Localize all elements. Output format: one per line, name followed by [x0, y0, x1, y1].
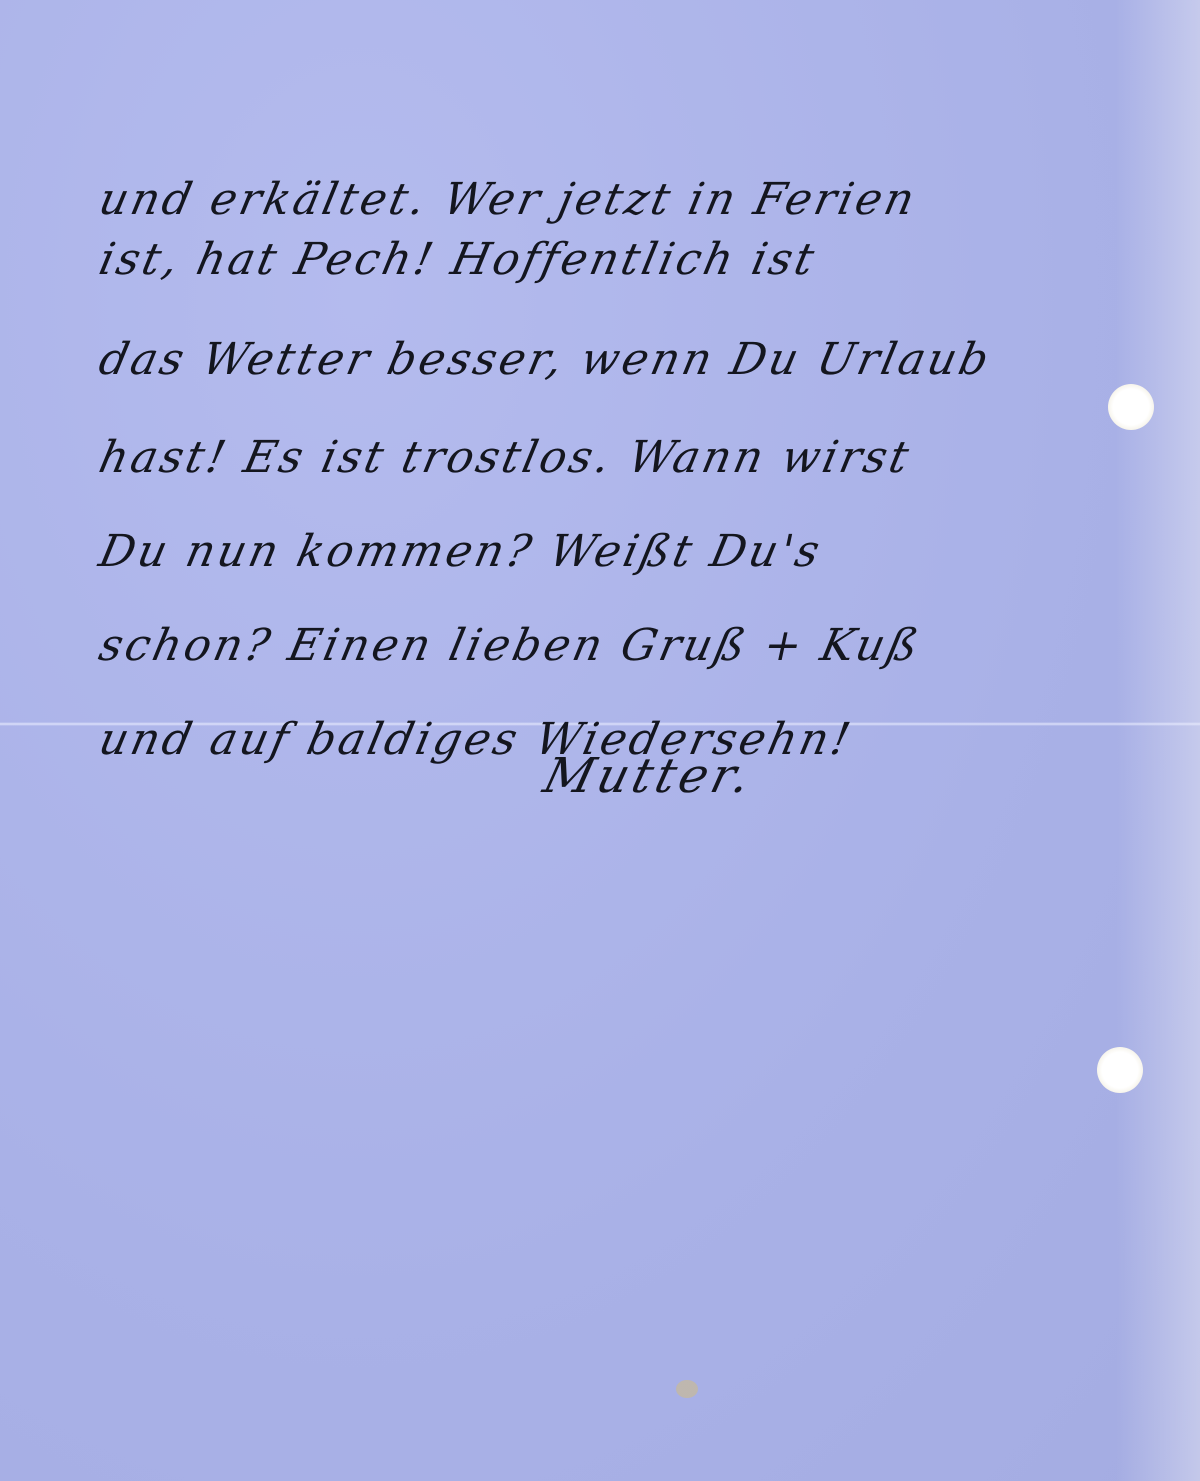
letter-line: schon? Einen lieben Gruß + Kuß	[91, 606, 1168, 686]
paper-stain	[676, 1380, 698, 1398]
letter-line: Du nun kommen? Weißt Du's	[91, 512, 1168, 592]
letter-line: hast! Es ist trostlos. Wann wirst	[91, 418, 1168, 498]
letter-body: und erkältet. Wer jetzt in Ferien ist, h…	[100, 140, 1160, 780]
signature: Mutter.	[538, 748, 760, 804]
letter-line: ist, hat Pech! Hoffentlich ist	[91, 220, 1168, 300]
punch-hole-bottom	[1097, 1047, 1143, 1093]
letter-page: und erkältet. Wer jetzt in Ferien ist, h…	[0, 0, 1200, 1481]
letter-line: das Wetter besser, wenn Du Urlaub	[91, 320, 1168, 400]
